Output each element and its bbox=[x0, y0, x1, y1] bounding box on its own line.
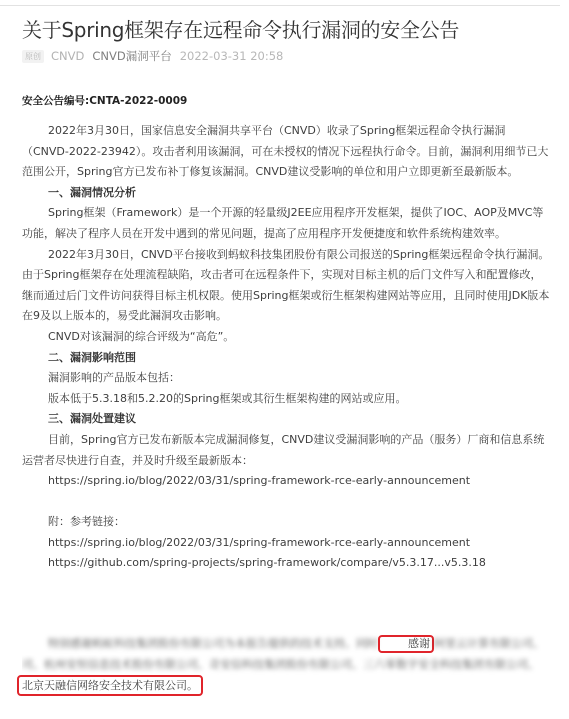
section1-paragraph-1: Spring框架（Framework）是一个开源的轻量级J2EE应用程序开发框架… bbox=[22, 203, 552, 244]
publish-time: 2022-03-31 20:58 bbox=[180, 49, 284, 63]
original-tag: 原创 bbox=[22, 50, 44, 63]
section3-heading: 三、漏洞处置建议 bbox=[22, 409, 552, 430]
acknowledgement-line-1: 特别感谢蚂蚁科技集团股份有限公司为本报告提供的技术支持。同时感谢阿里云计算有限公… bbox=[22, 634, 552, 655]
account-link[interactable]: CNVD漏洞平台 bbox=[92, 48, 171, 64]
notice-id: 安全公告编号:CNTA-2022-0009 bbox=[22, 93, 187, 108]
highlighted-thanks: 感谢 bbox=[378, 635, 434, 653]
acknowledgement-line-2: 司、杭州安恒信息技术股份有限公司、奇安信科技集团股份有限公司、三六零数字安全科技… bbox=[22, 655, 552, 676]
intro-paragraph: 2022年3月30日，国家信息安全漏洞共享平台（CNVD）收录了Spring框架… bbox=[22, 121, 552, 183]
section1-paragraph-2: 2022年3月30日，CNVD平台接收到蚂蚁科技集团股份有限公司报送的Sprin… bbox=[22, 245, 552, 327]
spacer bbox=[22, 492, 552, 513]
section2-heading: 二、漏洞影响范围 bbox=[22, 348, 552, 369]
author-name: CNVD bbox=[51, 49, 84, 63]
article-body: 2022年3月30日，国家信息安全漏洞共享平台（CNVD）收录了Spring框架… bbox=[22, 121, 552, 697]
section3-link[interactable]: https://spring.io/blog/2022/03/31/spring… bbox=[22, 471, 552, 492]
blurred-text: 司、杭州安恒信息技术股份有限公司、奇安信科技集团股份有限公司、三六零数字安全科技… bbox=[22, 658, 539, 671]
section2-paragraph-2: 版本低于5.3.18和5.2.20的Spring框架或其衍生框架构建的网站或应用… bbox=[22, 389, 552, 410]
references-label: 附：参考链接： bbox=[22, 512, 552, 533]
acknowledgement-line-3: 北京天融信网络安全技术有限公司。 bbox=[17, 675, 552, 697]
blurred-text: 特别感谢蚂蚁科技集团股份有限公司为本报告提供的技术支持。同时 bbox=[48, 637, 378, 650]
blurred-text: 阿里云计算有限公司、 bbox=[434, 637, 544, 650]
spacer bbox=[22, 574, 552, 634]
section1-heading: 一、漏洞情况分析 bbox=[22, 183, 552, 204]
section2-paragraph-1: 漏洞影响的产品版本包括： bbox=[22, 368, 552, 389]
reference-link-2[interactable]: https://github.com/spring-projects/sprin… bbox=[22, 553, 552, 574]
highlighted-company: 北京天融信网络安全技术有限公司。 bbox=[17, 675, 203, 696]
article-title: 关于Spring框架存在远程命令执行漏洞的安全公告 bbox=[22, 14, 459, 43]
section1-paragraph-3: CNVD对该漏洞的综合评级为“高危”。 bbox=[22, 327, 552, 348]
section3-paragraph-1: 目前，Spring官方已发布新版本完成漏洞修复，CNVD建议受漏洞影响的产品（服… bbox=[22, 430, 552, 471]
article-meta: 原创 CNVD CNVD漏洞平台 2022-03-31 20:58 bbox=[22, 48, 283, 64]
top-divider bbox=[0, 5, 560, 6]
reference-link-1[interactable]: https://spring.io/blog/2022/03/31/spring… bbox=[22, 533, 552, 554]
